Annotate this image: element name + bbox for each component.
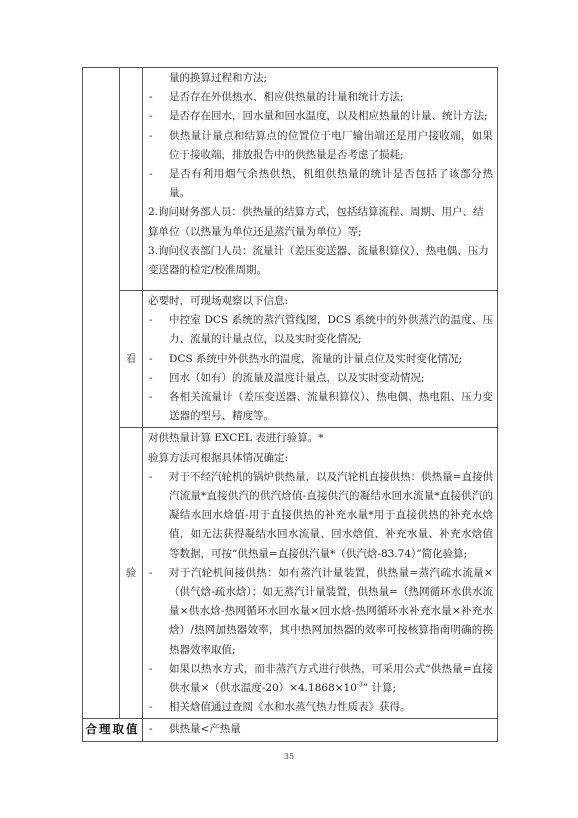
- check-intro-excel: 对供热量计算 EXCEL 表进行验算。*: [148, 429, 493, 448]
- method-cell-look: 看: [120, 291, 143, 428]
- list-item: - 供热量计量点和结算点的位置位于电厂输出端还是用户接收端，如果位于接收端，排放…: [148, 127, 493, 165]
- list-item: - 对于不经汽轮机的锅炉供热量，以及汽轮机直接供热：供热量=直接供汽流量*直接供…: [148, 468, 493, 564]
- page-number: 35: [0, 752, 578, 761]
- reasonable-value-label: 合理取值: [83, 719, 143, 741]
- table-row-check: 验 对供热量计算 EXCEL 表进行验算。* 验算方法可根据具体情况确定: - …: [83, 428, 498, 719]
- paragraph-instrument-inquiry: 3.询问仪表部门人员：流量计（差压变送器、流量积算仪）、热电偶、压力变送器的检定…: [148, 242, 493, 280]
- list-item: - 相关焓值通过查阅《水和水蒸气热力性质表》获得。: [148, 698, 493, 717]
- list-item: - 是否存在回水，回水量和回水温度，以及相应热量的计量、统计方法;: [148, 107, 493, 126]
- content-cell-look: 必要时，可现场观察以下信息: - 中控室 DCS 系统的蒸汽管线图，DCS 系统…: [143, 291, 498, 428]
- category-cell: [83, 68, 120, 719]
- reasonable-value-content: - 供热量<产热量: [143, 719, 498, 741]
- hot-water-formula: 如果以热水方式，而非蒸汽方式进行供热，可采用公式“供热量=直接供水量×（供水温度…: [169, 660, 493, 698]
- check-intro-method: 验算方法可根据具体情况确定:: [148, 449, 493, 468]
- list-item: - 是否有利用烟气余热供热，机组供热量的统计是否包括了该部分热量。: [148, 165, 493, 203]
- continuation-line: 量的换算过程和方法;: [148, 69, 493, 88]
- content-cell-check: 对供热量计算 EXCEL 表进行验算。* 验算方法可根据具体情况确定: - 对于…: [143, 428, 498, 719]
- list-item: - 供热量<产热量: [148, 720, 493, 739]
- table-row-inquiry-continuation: 量的换算过程和方法; - 是否存在外供热水、相应供热量的计量和统计方法; - 是…: [83, 68, 498, 291]
- look-intro: 必要时，可现场观察以下信息:: [148, 292, 493, 311]
- list-item: - 如果以热水方式，而非蒸汽方式进行供热，可采用公式“供热量=直接供水量×（供水…: [148, 660, 493, 698]
- list-item: - 各相关流量计（差压变送器、流量积算仪）、热电偶、热电阻、压力变送器的型号、精…: [148, 388, 493, 426]
- verification-table: 量的换算过程和方法; - 是否存在外供热水、相应供热量的计量和统计方法; - 是…: [82, 67, 498, 742]
- list-item: - 对于汽轮机间接供热：如有蒸汽计量装置，供热量=蒸汽疏水流量×（供气焓-疏水焓…: [148, 564, 493, 660]
- list-item: - DCS 系统中外供热水的温度，流量的计量点位及实时变化情况;: [148, 350, 493, 369]
- table-row-look: 看 必要时，可现场观察以下信息: - 中控室 DCS 系统的蒸汽管线图，DCS …: [83, 291, 498, 428]
- paragraph-finance-inquiry: 2.询问财务部人员：供热量的结算方式，包括结算流程、周期、用户、结算单位（以热量…: [148, 203, 493, 241]
- table-row-reasonable-value: 合理取值 - 供热量<产热量: [83, 719, 498, 741]
- list-item: - 是否存在外供热水、相应供热量的计量和统计方法;: [148, 88, 493, 107]
- list-item: - 中控室 DCS 系统的蒸汽管线图，DCS 系统中的外供蒸汽的温度、压力、流量…: [148, 311, 493, 349]
- list-item: - 回水（如有）的流量及温度计量点，以及实时变动情况;: [148, 369, 493, 388]
- method-cell-ask: [120, 68, 143, 291]
- method-cell-check: 验: [120, 428, 143, 719]
- content-cell-ask: 量的换算过程和方法; - 是否存在外供热水、相应供热量的计量和统计方法; - 是…: [143, 68, 498, 291]
